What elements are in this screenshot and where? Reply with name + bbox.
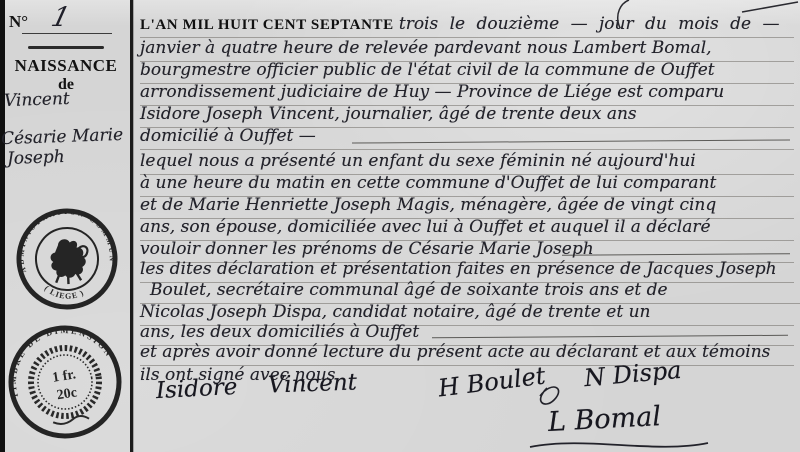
handwritten-text: et de Marie Henriette Joseph Magis, ména… xyxy=(140,195,716,215)
act-line-10: ans, son épouse, domiciliée avec lui à O… xyxy=(140,217,794,241)
pen-flourish-corner xyxy=(742,2,798,12)
signature-underline-flourish xyxy=(530,443,708,447)
act-line-2: janvier à quatre heure de relevée pardev… xyxy=(140,38,794,62)
handwritten-text: Isidore Joseph Vincent, journalier, âgé … xyxy=(140,104,637,124)
act-line-4: arrondissement judiciaire de Huy — Provi… xyxy=(140,82,794,106)
act-line-6: domicilié à Ouffet — xyxy=(140,126,794,150)
handwritten-text: les dites déclaration et présentation fa… xyxy=(140,259,777,279)
handwritten-text: lequel nous a présenté un enfant du sexe… xyxy=(140,151,696,171)
handwritten-text: à une heure du matin en cette commune d'… xyxy=(140,173,716,193)
act-number-label: N° xyxy=(9,12,28,32)
lion-rampant-icon xyxy=(48,236,92,286)
act-line-13: Boulet, secrétaire communal âgé de soixa… xyxy=(140,280,800,304)
act-line-1: L'AN MIL HUIT CENT SEPTANTE trois le dou… xyxy=(140,14,794,38)
act-line-16: et après avoir donné lecture du présent … xyxy=(140,342,794,366)
handwritten-text: Nicolas Joseph Dispa, candidat notaire, … xyxy=(140,302,651,322)
handwritten-text: janvier à quatre heure de relevée pardev… xyxy=(140,38,712,58)
margin-divider-rule xyxy=(28,46,104,49)
act-line-5: Isidore Joseph Vincent, journalier, âgé … xyxy=(140,104,794,128)
signature-declarant-surname: Vincent xyxy=(268,369,358,398)
handwritten-text: arrondissement judiciaire de Huy — Provi… xyxy=(140,82,724,102)
act-number-underline xyxy=(22,33,112,34)
handwritten-text: ans, son épouse, domiciliée avec lui à O… xyxy=(140,217,711,237)
handwritten-date-part: trois le douzième — jour du mois de — xyxy=(399,14,780,34)
printed-form-heading: L'AN MIL HUIT CENT SEPTANTE xyxy=(140,17,394,33)
revenue-value-bottom: 20c xyxy=(56,385,78,403)
subject-surname: Vincent xyxy=(4,89,70,111)
handwritten-text: ans, les deux domiciliés à Ouffet xyxy=(140,322,419,342)
margin-separator-rule xyxy=(130,0,133,452)
municipal-seal-stamp: ADMINISTRATION COMMUNALE ( LIEGE ) xyxy=(7,199,127,319)
act-number-value: 1 xyxy=(48,2,73,33)
act-line-8: à une heure du matin en cette commune d'… xyxy=(140,173,794,197)
signature-declarant-firstname: Isidore xyxy=(155,374,238,404)
act-line-7: lequel nous a présenté un enfant du sexe… xyxy=(140,151,794,175)
act-type-title: NAISSANCE xyxy=(2,56,130,76)
handwritten-text: bourgmestre officier public de l'état ci… xyxy=(140,60,715,80)
act-line-3: bourgmestre officier public de l'état ci… xyxy=(140,60,794,84)
act-line-9: et de Marie Henriette Joseph Magis, ména… xyxy=(140,195,794,219)
subject-givenname-1: Césarie Marie xyxy=(1,125,124,149)
handwritten-text: Boulet, secrétaire communal âgé de soixa… xyxy=(150,280,668,300)
birth-certificate-scan: N° 1 NAISSANCE de Vincent Césarie Marie … xyxy=(0,0,800,452)
subject-givenname-2: Joseph xyxy=(7,147,65,169)
revenue-stamp: TIMBRE DE DIMENSION 1 fr. 20c xyxy=(0,313,134,450)
signature-officer-bomal: L Bomal xyxy=(547,401,661,438)
handwritten-text: domicilié à Ouffet — xyxy=(140,126,316,146)
handwritten-text: vouloir donner les prénoms de Césarie Ma… xyxy=(140,239,594,259)
revenue-value-top: 1 fr. xyxy=(51,367,77,386)
